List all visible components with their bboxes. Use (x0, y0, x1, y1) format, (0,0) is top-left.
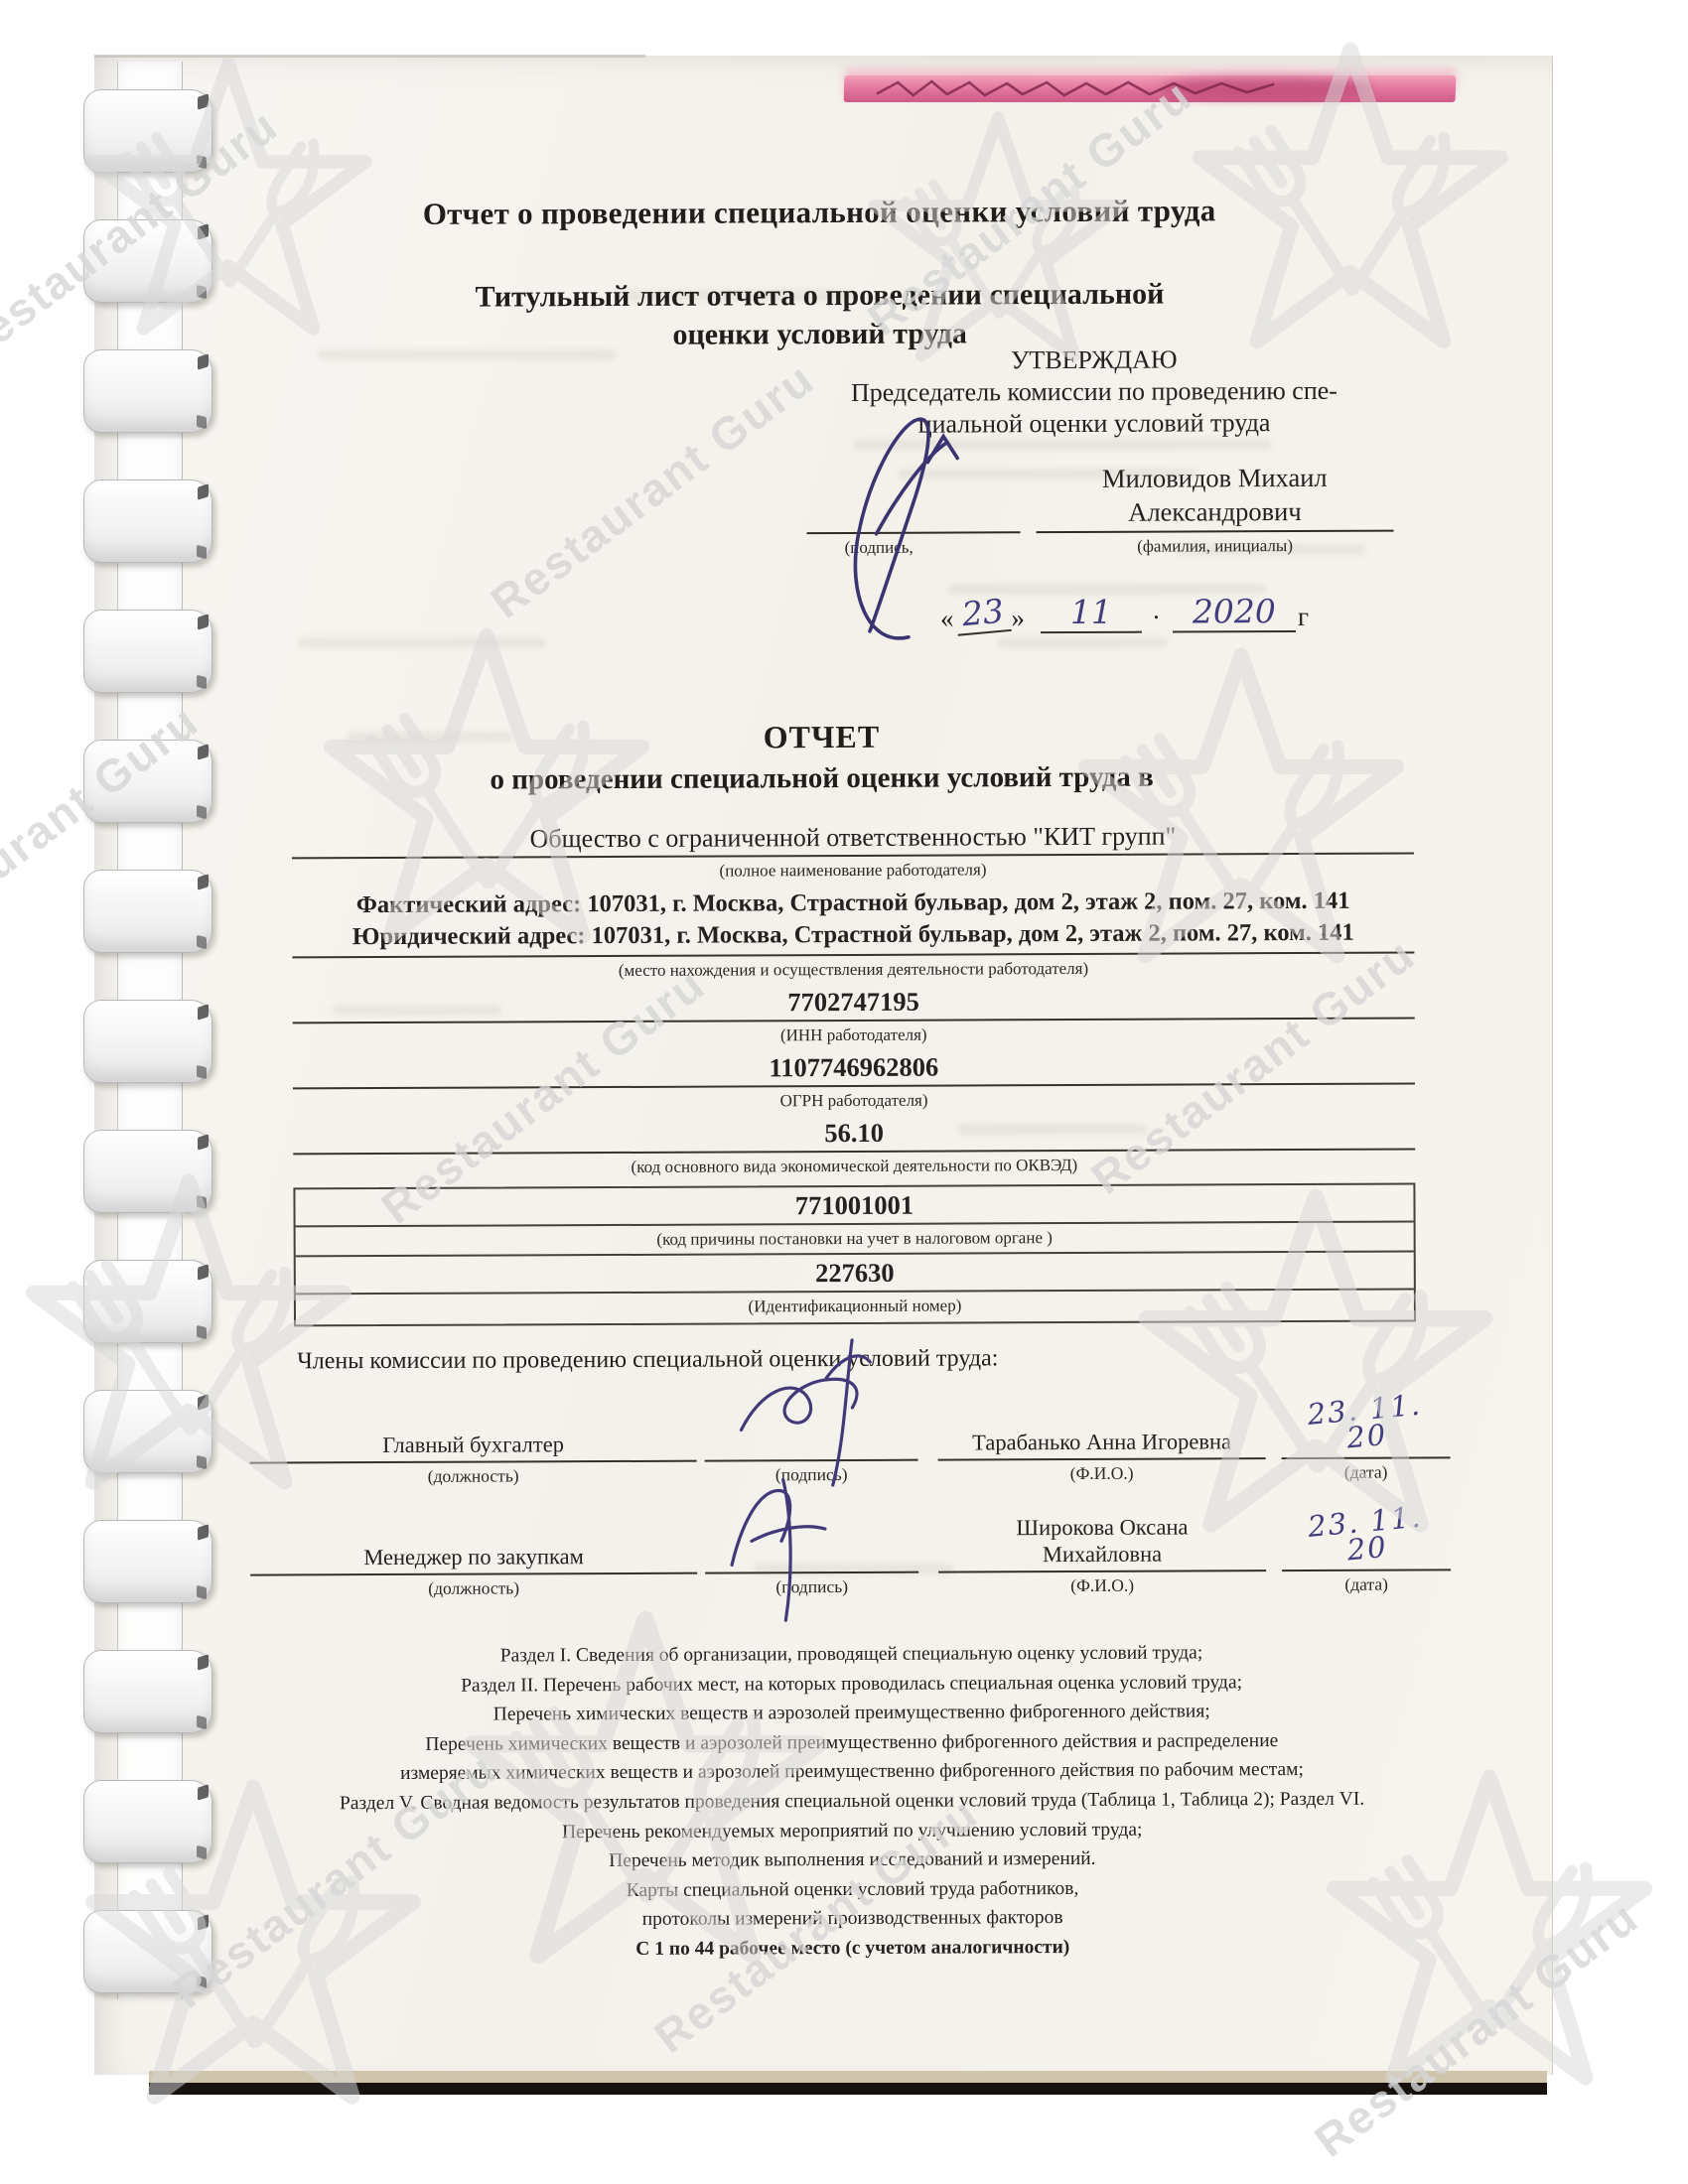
member-position: Главный бухгалтер (249, 1431, 696, 1464)
member-date-line: 23. 11. 20 (1281, 1396, 1450, 1459)
contents-line: Раздел V. Сводная ведомость результатов … (216, 1784, 1487, 1819)
member-2-signature (710, 1443, 870, 1628)
employer-fields: Общество с ограниченной ответственностью… (292, 819, 1416, 1326)
employer-okved-caption: (код основного вида экономической деятел… (293, 1150, 1415, 1185)
date-separator: · (1150, 603, 1163, 633)
document-content: Отчет о проведении специальной оценки ус… (0, 0, 1688, 2184)
member-position: Менеджер по закупкам (250, 1543, 697, 1576)
binding-tooth (83, 1780, 212, 1863)
employer-ogrn: 1107746962806 (293, 1049, 1415, 1089)
binding-tooth (83, 1390, 212, 1473)
member-date-caption: (дата) (1282, 1458, 1451, 1483)
binding-tooth (83, 870, 212, 953)
member-name-cell: Широкова Оксана Михайловна (Ф.И.О.) (938, 1513, 1266, 1596)
member-name-text: Тарабанько Анна Игоревна (972, 1429, 1231, 1454)
member-date-line: 23. 11. 20 (1282, 1508, 1451, 1571)
member-position-cell: Главный бухгалтер (должность) (249, 1431, 696, 1488)
binding-tooth (83, 610, 212, 693)
member-date-cell: 23. 11. 20 (дата) (1281, 1396, 1450, 1483)
employer-addresses: Фактический адрес: 107031, г. Москва, Ст… (292, 885, 1414, 958)
employer-name: Общество с ограниченной ответственностью… (292, 819, 1414, 859)
binding-tooth (83, 89, 212, 173)
member-date-handwritten: 23. 11. 20 (1283, 1389, 1448, 1457)
approval-label: УТВЕРЖДАЮ (747, 342, 1442, 377)
member-date-handwritten: 23. 11. 20 (1284, 1501, 1449, 1570)
approval-name-value: Миловидов Михаил Александрович (1036, 461, 1393, 534)
member-name-cell: Тарабанько Анна Игоревна (Ф.И.О.) (937, 1428, 1265, 1484)
employer-inn: 7702747195 (293, 984, 1415, 1024)
approval-name-cell: Миловидов Михаил Александрович (фамилия,… (1036, 453, 1393, 559)
employer-legal-address: Юридический адрес: 107031, г. Москва, Ст… (292, 916, 1414, 953)
date-suffix: г (1296, 602, 1311, 632)
scanned-report-photo: { "watermark": { "text": "Restaurant Gur… (0, 0, 1688, 2184)
member-date-caption: (дата) (1282, 1570, 1451, 1595)
member-position-cell: Менеджер по закупкам (должность) (250, 1543, 697, 1600)
approval-role-line1: Председатель комиссии по проведению спе- (747, 374, 1442, 409)
document-title: Отчет о проведении специальной оценки ус… (90, 192, 1548, 233)
report-subheading: о проведении специальной оценки условий … (93, 759, 1551, 798)
binding-tooth (83, 1130, 212, 1213)
binding-tooth (83, 219, 212, 303)
employer-kpp-box: 771001001 (код причины постановки на уче… (293, 1182, 1416, 1326)
employer-inn-caption: (ИНН работодателя) (293, 1019, 1415, 1054)
employer-okved: 56.10 (293, 1115, 1415, 1155)
binding-tooth (83, 349, 212, 433)
report-heading: ОТЧЕТ (92, 716, 1550, 758)
employer-ogrn-caption: ОГРН работодателя) (293, 1084, 1415, 1120)
date-year-handwritten: 2020 (1173, 592, 1296, 633)
member-name-text: Широкова Оксана Михайловна (994, 1513, 1210, 1568)
member-name-caption: (Ф.И.О.) (938, 1571, 1266, 1596)
member-position-caption: (должность) (250, 1462, 697, 1488)
binding-tooth (83, 479, 212, 563)
approval-name-line1: Миловидов Михаил (1036, 461, 1393, 496)
employer-id-number: 227630 (296, 1252, 1414, 1295)
employer-name-caption: (полное наименование работодателя) (292, 854, 1414, 889)
approval-name-caption: (фамилия, инициалы) (1037, 532, 1394, 559)
employer-kpp-caption: (код причины постановки на учет в налого… (296, 1222, 1414, 1257)
binding-tooth (83, 1000, 212, 1083)
approval-name-line2: Александрович (1036, 494, 1393, 530)
report-contents-list: Раздел I. Сведения об организации, прово… (215, 1637, 1487, 1966)
member-name-caption: (Ф.И.О.) (938, 1459, 1266, 1484)
date-month-handwritten: 11 (1041, 593, 1142, 633)
binding-tooth (83, 1910, 212, 1993)
binding-tooth (83, 740, 212, 823)
employer-kpp: 771001001 (295, 1184, 1413, 1227)
document-subtitle-line1: Титульный лист отчета о проведении специ… (90, 273, 1548, 318)
member-name: Тарабанько Анна Игоревна (937, 1428, 1265, 1460)
member-date-cell: 23. 11. 20 (дата) (1282, 1508, 1451, 1595)
binding-tooth (83, 1260, 212, 1343)
member-position-caption: (должность) (250, 1574, 697, 1600)
chairman-signature (816, 412, 1016, 646)
binding-tooth (83, 1520, 212, 1603)
employer-actual-address: Фактический адрес: 107031, г. Москва, Ст… (292, 885, 1414, 921)
binding-tooth (83, 1650, 212, 1733)
employer-address-caption: (место нахождения и осуществления деятел… (292, 953, 1414, 989)
contents-line-workplaces: С 1 по 44 рабочее место (с учетом аналог… (217, 1931, 1488, 1966)
member-name: Широкова Оксана Михайловна (938, 1513, 1266, 1572)
